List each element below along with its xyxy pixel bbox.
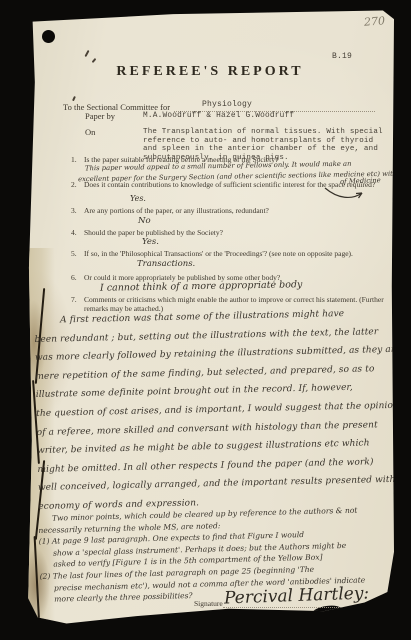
question-number: 6.: [71, 274, 84, 283]
scan-background: 270 B.19 REFEREE'S REPORT To the Section…: [0, 0, 411, 640]
question-text: Are any portions of the paper, or any il…: [84, 207, 393, 216]
question-text: Should the paper be published by the Soc…: [84, 229, 393, 238]
ink-speck: [84, 50, 89, 57]
question-3: 3. Are any portions of the paper, or any…: [71, 207, 393, 216]
report-title: REFEREE'S REPORT: [26, 64, 394, 80]
question-number: 1.: [71, 156, 84, 165]
question-number: 4.: [71, 229, 84, 238]
paper-by-value: M.A.Woodruff & Hazel G.Woodruff: [143, 112, 294, 120]
answer-6: I cannot think of a more appropriate bod…: [100, 279, 303, 294]
committee-label: To the Sectional Committee for: [63, 102, 170, 112]
hole-punch: [42, 30, 55, 43]
page-number-pencil: 270: [364, 14, 386, 28]
question-number: 7.: [71, 296, 84, 313]
answer-2: Yes.: [130, 194, 146, 203]
answer-5: Transactions.: [137, 259, 195, 269]
question-number: 5.: [71, 250, 84, 259]
answer-3: No: [138, 216, 151, 226]
question-number: 2.: [71, 181, 84, 190]
manuscript-body: A first reaction was that some of the il…: [34, 308, 391, 520]
signature-label: Signature: [194, 599, 223, 608]
question-number: 3.: [71, 207, 84, 216]
question-4: 4. Should the paper be published by the …: [71, 229, 393, 238]
reference-number: B.19: [332, 52, 352, 61]
document-paper: 270 B.19 REFEREE'S REPORT To the Section…: [26, 8, 394, 626]
answer-4: Yes.: [142, 237, 159, 247]
question-text: If so, in the 'Philosophical Transaction…: [84, 250, 387, 259]
question-2: 2. Does it contain contributions to know…: [71, 181, 389, 190]
committee-value: Physiology: [202, 100, 252, 109]
ink-speck: [92, 58, 97, 63]
on-label: On: [85, 127, 95, 137]
question-text: Does it contain contributions to knowled…: [84, 181, 389, 190]
paper-by-label: Paper by: [85, 111, 115, 121]
question-5: 5. If so, in the 'Philosophical Transact…: [71, 250, 387, 259]
